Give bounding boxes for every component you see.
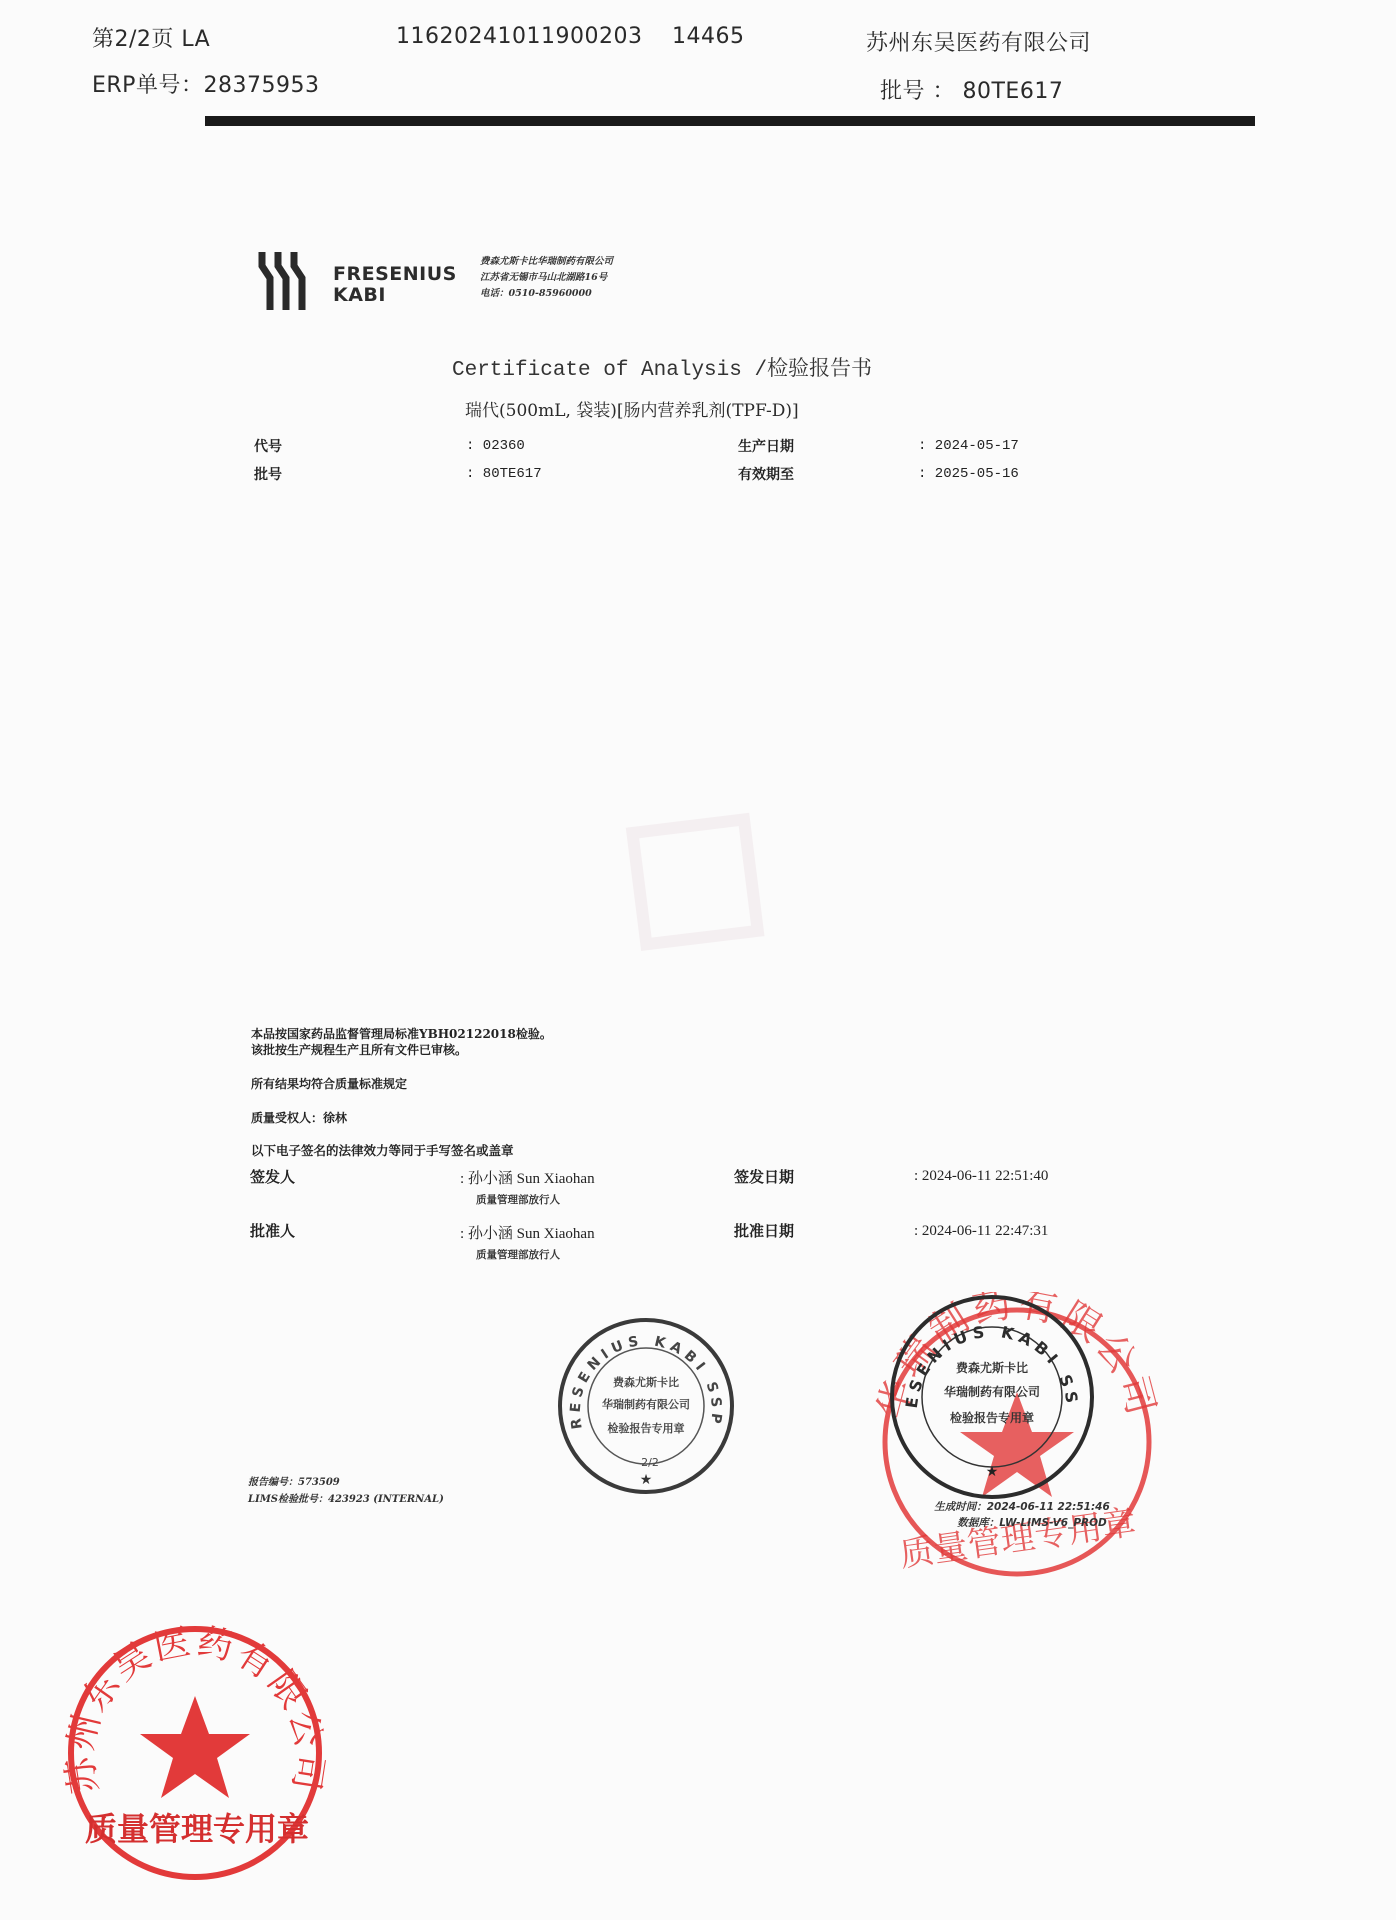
sig-role-issuer: 签发人	[250, 1166, 295, 1187]
logo-wordmark: FRESENIUS KABI	[333, 264, 457, 306]
field-label-mfg-date: 生产日期	[738, 436, 794, 456]
svg-text:检验报告专用章: 检验报告专用章	[950, 1410, 1034, 1425]
issuer-address-block: 费森尤斯卡比华瑞制药有限公司 江苏省无锡市马山北湖路16号 电话：0510-85…	[480, 254, 613, 302]
svg-text:费森尤斯卡比: 费森尤斯卡比	[956, 1360, 1028, 1375]
issuer-company: 费森尤斯卡比华瑞制药有限公司	[480, 254, 613, 270]
issuer-address: 江苏省无锡市马山北湖路16号	[480, 270, 613, 286]
sig-role-approver: 批准人	[250, 1220, 295, 1241]
sig-date-label-approve: 批准日期	[734, 1220, 794, 1241]
statement-conformity: 所有结果均符合质量标准规定	[251, 1076, 407, 1092]
qualified-person: 质量受权人：徐林	[251, 1110, 347, 1126]
svg-text:★: ★	[640, 1472, 653, 1488]
batch-value: 80TE617	[963, 79, 1064, 104]
svg-text:质量管理专用章: 质量管理专用章	[85, 1810, 309, 1848]
svg-text:FRESENIUS KABI SSPC: FRESENIUS KABI SSPC	[556, 1316, 724, 1430]
svg-text:数据库：LW-LIMS-V6_PROD: 数据库：LW-LIMS-V6_PROD	[957, 1516, 1107, 1529]
batch-label: 批号 ：	[880, 79, 955, 104]
sig-title-approver: 质量管理部放行人	[476, 1247, 560, 1262]
erp-number: ERP单号：28375953	[92, 68, 319, 99]
fk-inspection-stamp: FRESENIUS KABI SSPC 费森尤斯卡比 华瑞制药有限公司 检验报告…	[556, 1316, 736, 1496]
field-value-batch: : 80TE617	[466, 466, 542, 482]
svg-text:2/2: 2/2	[641, 1456, 659, 1469]
field-value-mfg-date: : 2024-05-17	[918, 438, 1019, 454]
dongwu-quality-stamp: 苏州东吴医药有限公司 质量管理专用章	[60, 1618, 330, 1888]
field-value-code: : 02360	[466, 438, 525, 454]
certificate-title: Certificate of Analysis /检验报告书	[452, 352, 872, 382]
hr-quality-stamp: 华瑞制药有限公司 质量管理专用章 FRESENIUS KABI SSPC 费森尤…	[872, 1292, 1162, 1582]
product-name: 瑞代(500mL, 袋装)[肠内营养乳剂(TPF-D)]	[465, 396, 799, 421]
header-code: 14465	[672, 24, 745, 49]
esign-note: 以下电子签名的法律效力等同于手写签名或盖章	[251, 1143, 514, 1159]
sig-date-label-issue: 签发日期	[734, 1166, 794, 1187]
report-number: 报告编号：573509	[248, 1474, 444, 1491]
report-refs: 报告编号：573509 LIMS检验批号：423923 (INTERNAL)	[248, 1474, 444, 1508]
header-company: 苏州东吴医药有限公司	[866, 26, 1091, 57]
sig-date-issue: : 2024-06-11 22:51:40	[914, 1168, 1048, 1185]
header-batch: 批号 ： 80TE617	[880, 74, 1063, 105]
svg-text:生成时间：2024-06-11 22:51:46: 生成时间：2024-06-11 22:51:46	[934, 1500, 1110, 1513]
svg-text:检验报告专用章: 检验报告专用章	[608, 1421, 685, 1435]
field-value-expiry: : 2025-05-16	[918, 466, 1019, 482]
page-indicator: 第2/2页 LA	[92, 22, 210, 53]
erp-label: ERP单号：	[92, 73, 203, 98]
svg-text:华瑞制药有限公司: 华瑞制药有限公司	[944, 1384, 1040, 1399]
statement-standard: 本品按国家药品监督管理局标准YBH02122018检验。 该批按生产规程生产且所…	[251, 1026, 552, 1058]
svg-text:★: ★	[986, 1464, 999, 1480]
issuer-phone: 电话：0510-85960000	[480, 286, 613, 302]
svg-text:质量管理专用章: 质量管理专用章	[897, 1503, 1138, 1576]
field-label-code: 代号	[254, 436, 282, 456]
doc-number: 11620241011900203	[396, 24, 642, 49]
lims-number: LIMS检验批号：423923 (INTERNAL)	[248, 1491, 444, 1508]
field-label-expiry: 有效期至	[738, 464, 794, 484]
field-label-batch: 批号	[254, 464, 282, 484]
sig-date-approve: : 2024-06-11 22:47:31	[914, 1223, 1048, 1240]
svg-text:华瑞制药有限公司: 华瑞制药有限公司	[602, 1397, 690, 1411]
sig-name-issuer: : 孙小涵 Sun Xiaohan	[460, 1167, 595, 1188]
svg-text:费森尤斯卡比: 费森尤斯卡比	[613, 1375, 679, 1389]
fresenius-logo-icon	[258, 252, 310, 310]
sig-name-approver: : 孙小涵 Sun Xiaohan	[460, 1222, 595, 1243]
erp-value: 28375953	[203, 73, 319, 98]
sig-title-issuer: 质量管理部放行人	[476, 1192, 560, 1207]
header-divider	[205, 116, 1255, 126]
